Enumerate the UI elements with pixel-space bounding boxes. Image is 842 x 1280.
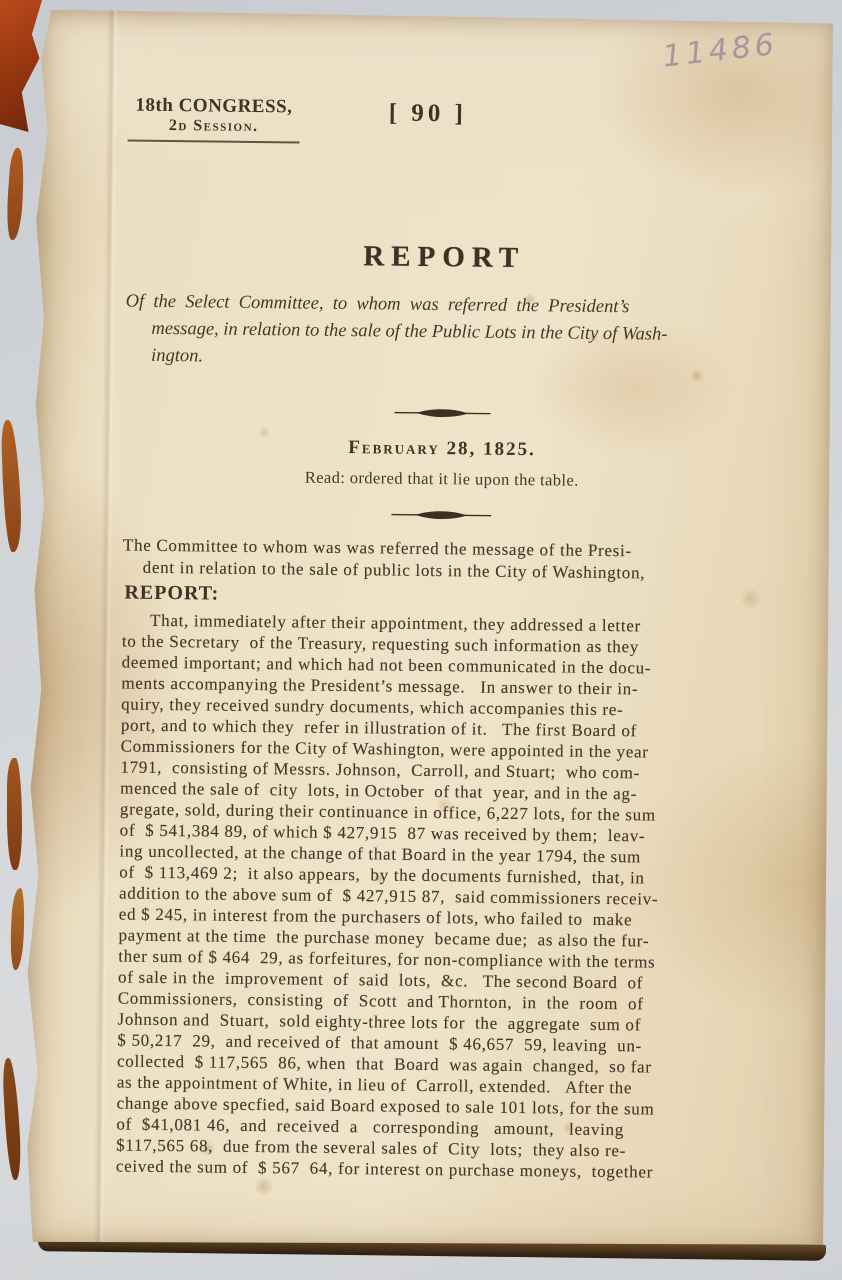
date-line: February 28, 1825.	[124, 435, 760, 464]
pencil-inventory-number: 11486	[661, 27, 780, 75]
binding-remnant	[1, 420, 23, 553]
read-order-line: Read: ordered that it lie upon the table…	[124, 466, 760, 493]
report-title: REPORT	[126, 238, 762, 278]
report-subtitle: Of the Select Committee, to whom was ref…	[125, 289, 762, 377]
report-heading: REPORT:	[124, 582, 219, 606]
binding-remnant	[7, 758, 22, 870]
congress-label: 18th CONGRESS,	[128, 95, 300, 119]
diamond-rule-icon	[391, 509, 491, 522]
swelled-rule-divider	[391, 508, 491, 527]
page-number-bracket: [ 90 ]	[368, 99, 488, 128]
session-label: 2d Session.	[128, 117, 300, 137]
masthead: 18th CONGRESS, 2d Session.	[128, 95, 301, 144]
photo-backdrop: 11486 18th CONGRESS, 2d Session. [ 90 ] …	[0, 0, 842, 1280]
document-page: 11486 18th CONGRESS, 2d Session. [ 90 ] …	[23, 10, 837, 1255]
fold-crease-line	[93, 10, 119, 1246]
binding-remnant	[2, 1058, 22, 1181]
binding-remnant	[9, 888, 26, 971]
page-content: 18th CONGRESS, 2d Session. [ 90 ] REPORT…	[129, 11, 765, 18]
binding-remnant	[5, 148, 26, 241]
report-body: That, immediately after their appointmen…	[116, 610, 758, 1184]
committee-intro: The Committee to whom was was referred t…	[123, 535, 759, 585]
binding-remnant	[0, 0, 42, 132]
swelled-rule-divider	[394, 406, 490, 425]
diamond-rule-icon	[394, 407, 490, 420]
